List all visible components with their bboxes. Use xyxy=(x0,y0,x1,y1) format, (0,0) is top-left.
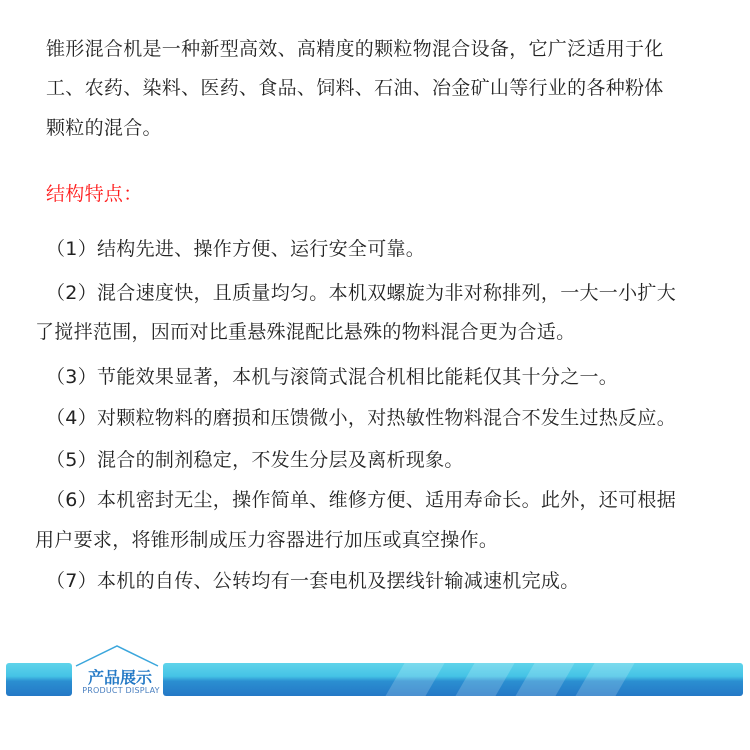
intro-line: 锥形混合机是一种新型高效、高精度的颗粒物混合设备，它广泛适用于化 xyxy=(46,40,664,59)
feature-item: （4）对颗粒物料的磨损和压馈微小，对热敏性物料混合不发生过热反应。 xyxy=(46,409,676,428)
feature-item: （6）本机密封无尘，操作简单、维修方便、适用寿命长。此外，还可根据 xyxy=(46,491,676,510)
banner-bar-right xyxy=(163,663,743,696)
product-display-banner: 产品展示 PRODUCT DISPLAY xyxy=(0,640,750,710)
intro-line: 颗粒的混合。 xyxy=(46,119,162,138)
banner-bar-left xyxy=(6,663,72,696)
banner-title: 产品展示 xyxy=(80,665,160,688)
feature-item: （7）本机的自传、公转均有一套电机及摆线针输减速机完成。 xyxy=(46,572,580,591)
banner-subtitle: PRODUCT DISPLAY xyxy=(76,686,166,695)
roof-icon xyxy=(74,645,160,667)
feature-item-cont: 用户要求，将锥形制成压力容器进行加压或真空操作。 xyxy=(35,531,498,550)
feature-item: （1）结构先进、操作方便、运行安全可靠。 xyxy=(46,240,425,259)
features-heading: 结构特点： xyxy=(46,185,143,204)
feature-item: （5）混合的制剂稳定，不发生分层及离析现象。 xyxy=(46,451,464,470)
feature-item: （2）混合速度快，且质量均匀。本机双螺旋为非对称排列，一大一小扩大 xyxy=(46,284,676,303)
feature-item: （3）节能效果显著，本机与滚筒式混合机相比能耗仅其十分之一。 xyxy=(46,368,618,387)
feature-item-cont: 了搅拌范围，因而对比重悬殊混配比悬殊的物料混合更为合适。 xyxy=(35,323,575,342)
intro-line: 工、农药、染料、医药、食品、饲料、石油、冶金矿山等行业的各种粉体 xyxy=(46,79,664,98)
